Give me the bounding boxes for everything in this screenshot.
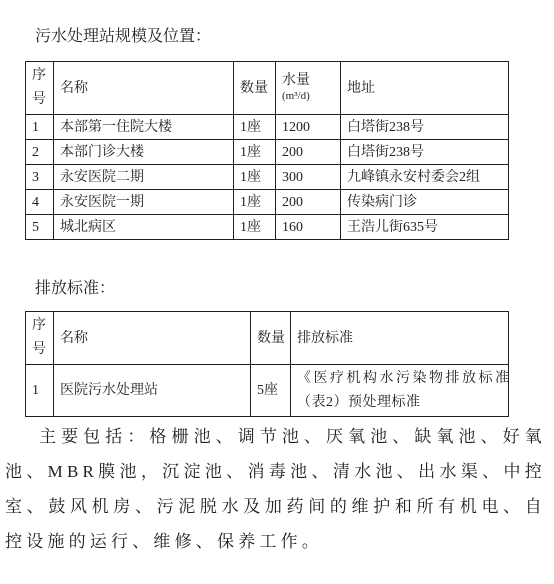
cell-water: 300 bbox=[276, 165, 341, 190]
table1-header-no: 序号 bbox=[26, 62, 54, 115]
cell-address: 白塔街238号 bbox=[341, 115, 509, 140]
cell-name: 本部第一住院大楼 bbox=[54, 115, 234, 140]
scope-paragraph: 主要包括：格栅池、调节池、厌氧池、缺氧池、好氧池、MBR膜池，沉淀池、消毒池、清… bbox=[5, 419, 546, 559]
cell-qty: 5座 bbox=[251, 365, 291, 417]
document-page: 污水处理站规模及位置： 序号 名称 数量 水量 (m³/d) 地址 1 本部第一… bbox=[0, 0, 554, 584]
cell-qty: 1座 bbox=[234, 165, 276, 190]
cell-qty: 1座 bbox=[234, 140, 276, 165]
cell-name: 城北病区 bbox=[54, 215, 234, 240]
table2-header-name: 名称 bbox=[54, 312, 251, 365]
table-row: 2 本部门诊大楼 1座 200 白塔街238号 bbox=[26, 140, 509, 165]
cell-water: 200 bbox=[276, 140, 341, 165]
table-row: 1 医院污水处理站 5座 《医疗机构水污染物排放标准》 （表2）预处理标准 bbox=[26, 365, 509, 417]
cell-qty: 1座 bbox=[234, 115, 276, 140]
cell-standard: 《医疗机构水污染物排放标准》 （表2）预处理标准 bbox=[291, 365, 509, 417]
standard-title-line: 《医疗机构水污染物排放标准》 bbox=[297, 367, 505, 391]
cell-name: 本部门诊大楼 bbox=[54, 140, 234, 165]
table2-header-no: 序号 bbox=[26, 312, 54, 365]
table-row: 3 永安医院二期 1座 300 九峰镇永安村委会2组 bbox=[26, 165, 509, 190]
cell-no: 4 bbox=[26, 190, 54, 215]
discharge-standard-table: 序号 名称 数量 排放标准 1 医院污水处理站 5座 《医疗机构水污染物排放标准… bbox=[25, 311, 509, 417]
cell-name: 永安医院一期 bbox=[54, 190, 234, 215]
cell-address: 王浩儿街635号 bbox=[341, 215, 509, 240]
table1-header-water: 水量 (m³/d) bbox=[276, 62, 341, 115]
cell-name: 永安医院二期 bbox=[54, 165, 234, 190]
cell-qty: 1座 bbox=[234, 190, 276, 215]
table-row: 4 永安医院一期 1座 200 传染病门诊 bbox=[26, 190, 509, 215]
section2-title: 排放标准： bbox=[35, 279, 554, 298]
standard-sub-line: （表2）预处理标准 bbox=[297, 391, 505, 415]
table2-header-row: 序号 名称 数量 排放标准 bbox=[26, 312, 509, 365]
table2-header-standard: 排放标准 bbox=[291, 312, 509, 365]
table1-header-address: 地址 bbox=[341, 62, 509, 115]
table1-header-water-title: 水量 bbox=[282, 72, 337, 89]
cell-no: 5 bbox=[26, 215, 54, 240]
cell-address: 九峰镇永安村委会2组 bbox=[341, 165, 509, 190]
cell-water: 1200 bbox=[276, 115, 341, 140]
cell-no: 3 bbox=[26, 165, 54, 190]
table-row: 1 本部第一住院大楼 1座 1200 白塔街238号 bbox=[26, 115, 509, 140]
wastewater-stations-table: 序号 名称 数量 水量 (m³/d) 地址 1 本部第一住院大楼 1座 1200… bbox=[25, 61, 509, 240]
cell-water: 160 bbox=[276, 215, 341, 240]
table1-header-name: 名称 bbox=[54, 62, 234, 115]
table1-header-qty: 数量 bbox=[234, 62, 276, 115]
cell-no: 1 bbox=[26, 115, 54, 140]
cell-water: 200 bbox=[276, 190, 341, 215]
cell-qty: 1座 bbox=[234, 215, 276, 240]
cell-no: 2 bbox=[26, 140, 54, 165]
cell-name: 医院污水处理站 bbox=[54, 365, 251, 417]
cell-address: 传染病门诊 bbox=[341, 190, 509, 215]
table2-header-qty: 数量 bbox=[251, 312, 291, 365]
section1-title: 污水处理站规模及位置： bbox=[35, 0, 554, 46]
table-row: 5 城北病区 1座 160 王浩儿街635号 bbox=[26, 215, 509, 240]
cell-address: 白塔街238号 bbox=[341, 140, 509, 165]
table1-header-row: 序号 名称 数量 水量 (m³/d) 地址 bbox=[26, 62, 509, 115]
table1-header-water-unit: (m³/d) bbox=[282, 89, 337, 104]
cell-no: 1 bbox=[26, 365, 54, 417]
